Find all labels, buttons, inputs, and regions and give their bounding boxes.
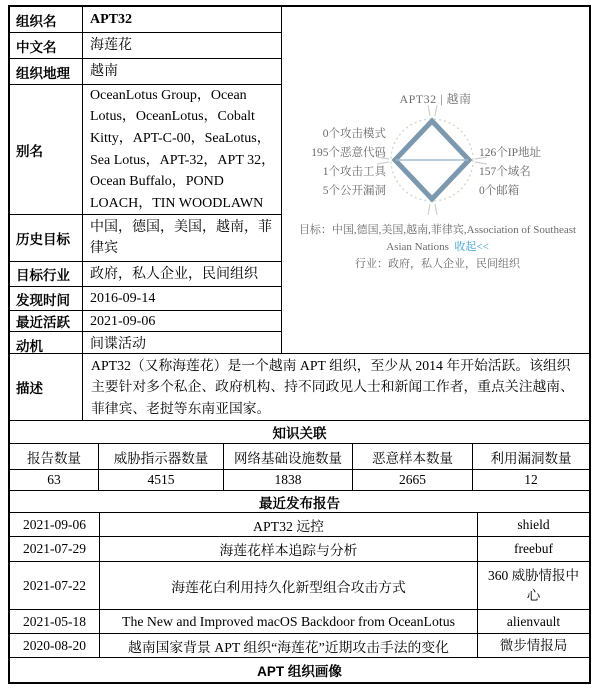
stats-value-vulns: 12 <box>473 470 589 490</box>
chart-label-attack-tools: 1个攻击工具 <box>282 163 386 182</box>
stats-header-samples: 恶意样本数量 <box>353 444 473 469</box>
report-date: 2021-07-29 <box>10 537 100 561</box>
stats-values-row: 63 4515 1838 2665 12 <box>10 470 589 491</box>
row-label: 别名 <box>10 85 83 214</box>
apt-profile-page: 组织名 APT32 中文名 海莲花 组织地理 越南 别名 OceanLotus … <box>0 0 599 688</box>
row-label: 目标行业 <box>10 262 83 286</box>
row-value: 越南 <box>83 59 281 84</box>
row-value: 2021-09-06 <box>83 311 281 331</box>
chart-label-malware: 195个恶意代码 <box>282 144 386 163</box>
targets-prefix: 目标： <box>299 224 332 236</box>
collapse-link[interactable]: 收起<< <box>454 241 488 253</box>
row-value: 海莲花 <box>83 33 281 58</box>
report-row: 2021-05-18 The New and Improved macOS Ba… <box>10 610 589 634</box>
table-row: 历史目标 中国，德国，美国，越南，菲律宾 <box>10 215 281 262</box>
report-source: 360 威胁情报中心 <box>478 562 589 609</box>
stats-header-vulns: 利用漏洞数量 <box>473 444 589 469</box>
stats-value-infrastructure: 1838 <box>224 470 353 490</box>
row-label: 发现时间 <box>10 287 83 310</box>
knowledge-section-header: 知识关联 <box>10 421 589 444</box>
row-label: 描述 <box>10 354 83 420</box>
row-value: OceanLotus Group，Ocean Lotus，OceanLotus，… <box>83 85 281 214</box>
report-row: 2021-07-22 海莲花白利用持久化新型组合攻击方式 360 威胁情报中心 <box>10 562 589 610</box>
stats-value-reports: 63 <box>10 470 99 490</box>
row-label: 组织地理 <box>10 59 83 84</box>
chart-left-labels: 0个攻击模式 195个恶意代码 1个攻击工具 5个公开漏洞 <box>282 125 386 201</box>
report-source: 微步情报局 <box>478 634 589 657</box>
reports-section-header: 最近发布报告 <box>10 491 589 513</box>
report-source: alienvault <box>478 610 589 633</box>
portrait-section-header: APT 组织画像 <box>10 658 589 682</box>
report-title: The New and Improved macOS Backdoor from… <box>100 610 478 633</box>
report-row: 2021-07-29 海莲花样本追踪与分析 freebuf <box>10 537 589 562</box>
profile-attributes: 组织名 APT32 中文名 海莲花 组织地理 越南 别名 OceanLotus … <box>10 7 282 353</box>
report-source: shield <box>478 513 589 536</box>
report-row: 2020-08-20 越南国家背景 APT 组织“海莲花”近期攻击手法的变化 微… <box>10 634 589 658</box>
stats-header-row: 报告数量 威胁指示器数量 网络基础设施数量 恶意样本数量 利用漏洞数量 <box>10 444 589 470</box>
chart-label-attack-patterns: 0个攻击模式 <box>282 125 386 144</box>
report-date: 2021-07-22 <box>10 562 100 609</box>
chart-footer: 目标：中国,德国,美国,越南,菲律宾,Association of Southe… <box>288 222 587 273</box>
row-label: 组织名 <box>10 7 83 32</box>
table-row: 目标行业 政府，私人企业，民间组织 <box>10 262 281 287</box>
table-row: 组织地理 越南 <box>10 59 281 85</box>
relation-chart: APT32 | 越南 0个攻击模式 195个恶意代码 1个攻击工具 5个公开漏洞… <box>282 7 589 353</box>
stats-header-reports: 报告数量 <box>10 444 99 469</box>
description-text: APT32（又称海莲花）是一个越南 APT 组织，至少从 2014 年开始活跃。… <box>83 354 589 420</box>
stats-header-indicators: 威胁指示器数量 <box>99 444 224 469</box>
table-row: 最近活跃 2021-09-06 <box>10 311 281 332</box>
report-date: 2021-09-06 <box>10 513 100 536</box>
row-label: 历史目标 <box>10 215 83 261</box>
row-label: 中文名 <box>10 33 83 58</box>
row-value: 政府，私人企业，民间组织 <box>83 262 281 286</box>
chart-label-emails: 0个邮箱 <box>479 182 541 201</box>
report-source: freebuf <box>478 537 589 561</box>
chart-targets-line: 目标：中国,德国,美国,越南,菲律宾,Association of Southe… <box>288 222 587 256</box>
description-row: 描述 APT32（又称海莲花）是一个越南 APT 组织，至少从 2014 年开始… <box>10 354 589 421</box>
chart-label-ip-addresses: 126个IP地址 <box>479 144 541 163</box>
report-title: 海莲花白利用持久化新型组合攻击方式 <box>100 562 478 609</box>
chart-right-labels: 126个IP地址 157个域名 0个邮箱 <box>479 144 541 201</box>
table-row: 组织名 APT32 <box>10 7 281 33</box>
stats-value-indicators: 4515 <box>99 470 224 490</box>
row-value: 中国，德国，美国，越南，菲律宾 <box>83 215 281 261</box>
report-date: 2021-05-18 <box>10 610 100 633</box>
report-row: 2021-09-06 APT32 远控 shield <box>10 513 589 537</box>
report-title: APT32 远控 <box>100 513 478 536</box>
chart-label-public-vulns: 5个公开漏洞 <box>282 182 386 201</box>
table-row: 中文名 海莲花 <box>10 33 281 59</box>
stats-value-samples: 2665 <box>353 470 473 490</box>
row-value: APT32 <box>83 7 281 32</box>
chart-label-domains: 157个域名 <box>479 163 541 182</box>
report-title: 海莲花样本追踪与分析 <box>100 537 478 561</box>
chart-industry-line: 行业：政府，私人企业，民间组织 <box>288 256 587 273</box>
report-date: 2020-08-20 <box>10 634 100 657</box>
row-value: 2016-09-14 <box>83 287 281 310</box>
table-row: 别名 OceanLotus Group，Ocean Lotus，OceanLot… <box>10 85 281 215</box>
row-label: 最近活跃 <box>10 311 83 331</box>
top-section: 组织名 APT32 中文名 海莲花 组织地理 越南 别名 OceanLotus … <box>10 7 589 354</box>
chart-title: APT32 | 越南 <box>282 90 589 107</box>
stats-header-infrastructure: 网络基础设施数量 <box>224 444 353 469</box>
report-title: 越南国家背景 APT 组织“海莲花”近期攻击手法的变化 <box>100 634 478 657</box>
profile-table: 组织名 APT32 中文名 海莲花 组织地理 越南 别名 OceanLotus … <box>8 5 591 684</box>
table-row: 发现时间 2016-09-14 <box>10 287 281 311</box>
